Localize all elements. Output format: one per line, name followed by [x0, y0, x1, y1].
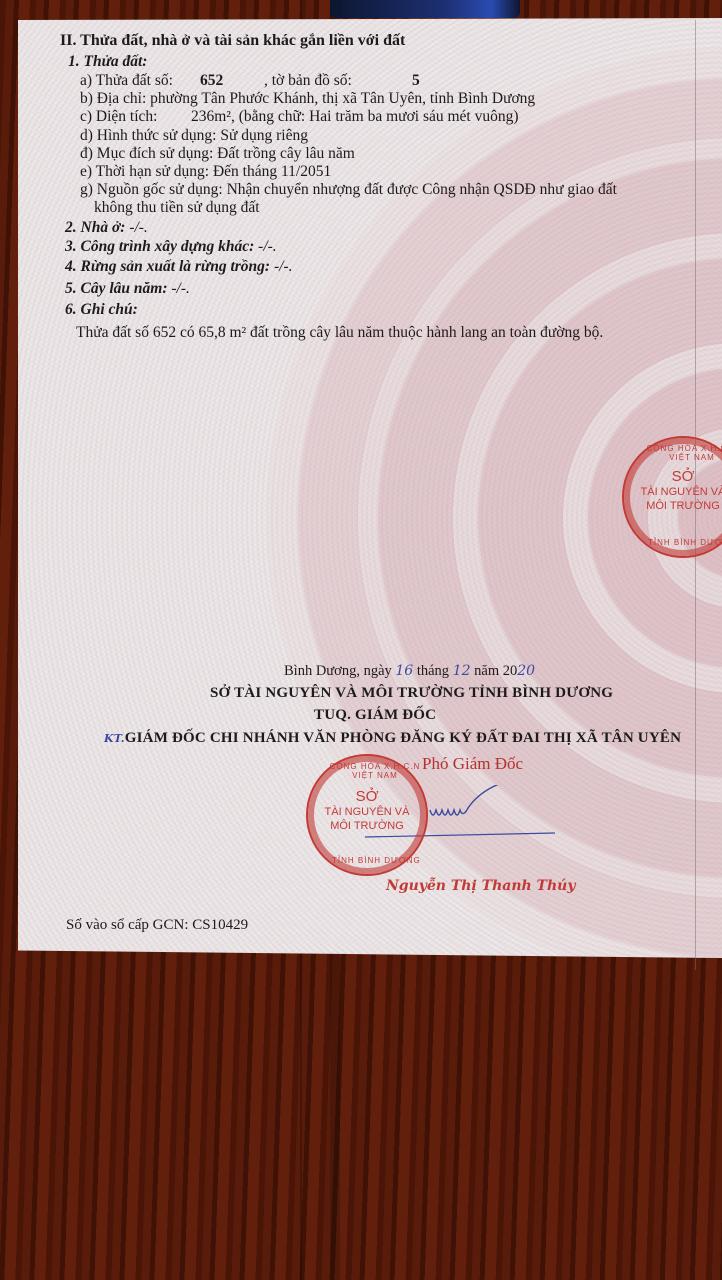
stamp-line-1: SỞ: [624, 468, 722, 485]
notes-label: 6. Ghi chú:: [65, 301, 138, 319]
kt-mark: KT.: [104, 732, 125, 745]
year-label: năm 20: [474, 663, 517, 679]
agency-name: SỞ TÀI NGUYÊN VÀ MÔI TRƯỜNG TỈNH BÌNH DƯ…: [210, 684, 613, 702]
month-label: tháng: [417, 663, 449, 679]
perennial-trees-label: 5. Cây lâu năm:: [65, 280, 167, 297]
other-construction-label: 3. Công trình xây dựng khác:: [65, 238, 254, 255]
stamp-ring-top: CỘNG HÒA X.H.C.N VIỆT NAM: [642, 444, 722, 462]
area-label: c) Diện tích:: [80, 108, 157, 126]
address: b) Địa chỉ: phường Tân Phước Khánh, thị …: [80, 90, 535, 108]
area-value: 236m², (bằng chữ: Hai trăm ba mươi sáu m…: [191, 108, 519, 126]
production-forest-value: -/-.: [274, 258, 293, 275]
parcel-number: 652: [200, 72, 223, 90]
official-stamp-signature: CỘNG HÒA X.H.C.N VIỆT NAM SỞ TÀI NGUYÊN …: [306, 754, 428, 876]
registry-value: CS10429: [192, 917, 248, 933]
branch-title: GIÁM ĐỐC CHI NHÁNH VĂN PHÒNG ĐĂNG KÝ ĐẤT…: [125, 730, 681, 746]
usage-form: d) Hình thức sử dụng: Sử dụng riêng: [80, 127, 308, 145]
stamp-line-2: TÀI NGUYÊN VÀ: [308, 805, 426, 819]
stamp-line-2: TÀI NGUYÊN VÀ: [624, 485, 722, 499]
blue-object-top: [330, 0, 520, 18]
origin-line-2: không thu tiền sử dụng đất: [94, 199, 260, 217]
map-sheet-label: , tờ bản đồ số:: [264, 72, 352, 90]
stamp-ring-top: CỘNG HÒA X.H.C.N VIỆT NAM: [324, 762, 426, 780]
date-day: 16: [395, 663, 413, 679]
section-title: II. Thửa đất, nhà ở và tài sản khác gắn …: [60, 32, 405, 50]
land-parcel-heading: 1. Thửa đất:: [68, 53, 147, 71]
date-prefix: Bình Dương, ngày: [284, 663, 392, 679]
signer-name: Nguyễn Thị Thanh Thúy: [386, 877, 575, 895]
notes-text: Thửa đất số 652 có 65,8 m² đất trồng cây…: [76, 324, 603, 342]
date-line: Bình Dương, ngày 16 tháng 12 năm 2020: [284, 662, 535, 680]
origin-line-1: g) Nguồn gốc sử dụng: Nhận chuyển nhượng…: [80, 181, 617, 199]
usage-purpose: đ) Mục đích sử dụng: Đất trồng cây lâu n…: [80, 145, 355, 163]
signer-title: Phó Giám Đốc: [422, 755, 523, 773]
perennial-trees-value: -/-.: [171, 280, 190, 297]
usage-term: e) Thời hạn sử dụng: Đến tháng 11/2051: [80, 163, 331, 181]
stamp-line-3: MÔI TRƯỜNG: [624, 499, 722, 513]
production-forest-row: 4. Rừng sản xuất là rừng trồng: -/-.: [65, 258, 292, 276]
stamp-line-1: SỞ: [308, 788, 426, 805]
house-label: 2. Nhà ở:: [65, 219, 125, 236]
stamp-ring-bottom: TỈNH BÌNH DƯƠNG: [332, 856, 421, 865]
map-sheet-number: 5: [412, 72, 420, 90]
registry-label: Số vào sổ cấp GCN:: [66, 917, 189, 933]
parcel-label: a) Thửa đất số:: [80, 72, 173, 90]
on-behalf: TUQ. GIÁM ĐỐC: [314, 706, 436, 724]
branch-line: KT.GIÁM ĐỐC CHI NHÁNH VĂN PHÒNG ĐĂNG KÝ …: [104, 729, 681, 748]
registry-line: Số vào sổ cấp GCN: CS10429: [66, 916, 248, 934]
date-month: 12: [453, 663, 471, 679]
stamp-ring-bottom: TỈNH BÌNH DƯƠNG: [648, 538, 722, 547]
perennial-trees-row: 5. Cây lâu năm: -/-.: [65, 280, 190, 298]
other-construction-row: 3. Công trình xây dựng khác: -/-.: [65, 238, 277, 256]
production-forest-label: 4. Rừng sản xuất là rừng trồng:: [65, 258, 270, 275]
house-value: -/-.: [129, 219, 148, 236]
other-construction-value: -/-.: [258, 238, 277, 255]
house-row: 2. Nhà ở: -/-.: [65, 219, 148, 237]
stamp-line-3: MÔI TRƯỜNG: [308, 819, 426, 833]
date-year-suffix: 20: [517, 663, 535, 679]
